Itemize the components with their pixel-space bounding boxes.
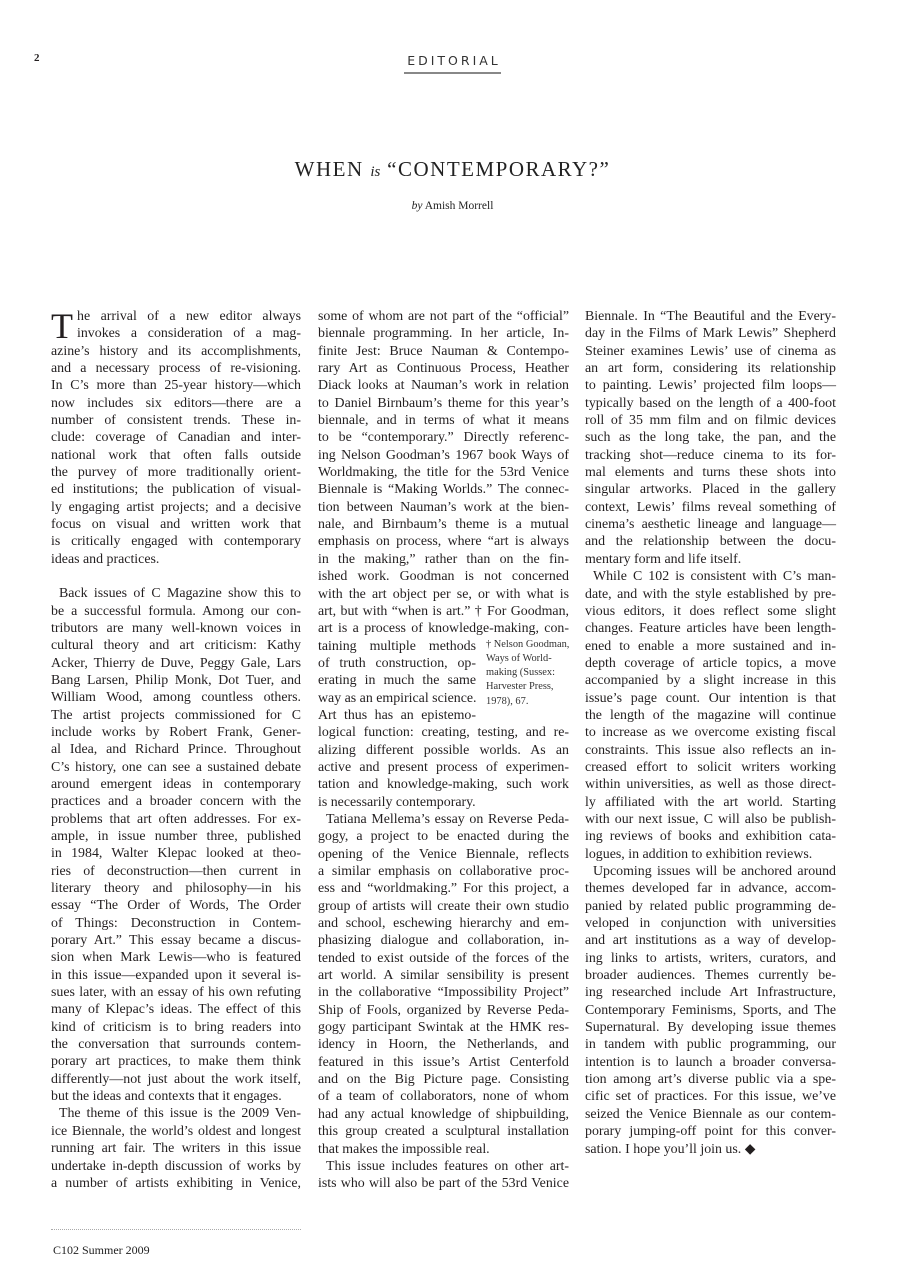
text-line: with the art object per se, or with what…	[318, 586, 569, 603]
text-line: alizing different possible worlds. As an	[318, 742, 569, 759]
text-line: to be “contemporary.” Directly referenc-	[318, 429, 569, 446]
text-line: he arrival of a new editor always	[73, 308, 301, 325]
text-line: gogy, a project to be enacted during the	[318, 828, 569, 845]
text-line: in 1984, Walter Klepac looked at theo-	[51, 845, 301, 862]
text-line: to painting. Lewis’ projected film loops…	[585, 377, 836, 394]
text-line: differently—not just about the work itse…	[51, 1071, 301, 1088]
text-line: in this issue—expanded upon it several i…	[51, 967, 301, 984]
text-line: ideas and practices.	[51, 551, 301, 568]
section-header: EDITORIAL	[0, 52, 905, 74]
text-line: undertake in-depth discussion of works b…	[51, 1158, 301, 1175]
text-line: of Things: Deconstruction in Contem-	[51, 915, 301, 932]
paragraph-1b: logical function: creating, testing, and…	[318, 724, 569, 811]
text-line: the purvey of more traditionally orient-	[51, 464, 301, 481]
text-line: gogy participant Swintak at the HMK res-	[318, 1019, 569, 1036]
text-line: tion between Nauman’s work at the bien-	[318, 499, 569, 516]
column-3: Biennale. In “The Beautiful and the Ever…	[585, 308, 836, 1158]
text-line: focus on visual and written work that	[51, 516, 301, 533]
text-line: sues later, with an essay of his own ref…	[51, 984, 301, 1001]
text-line: the length of the magazine will continue	[585, 707, 836, 724]
text-line: Bang Larsen, Philip Monk, Dot Tuer, and	[51, 672, 301, 689]
text-line: Steiner examines Lewis’ use of cinema as	[585, 343, 836, 360]
text-line: kind of criticism is to bring readers in…	[51, 1019, 301, 1036]
text-line: Supernatural. By developing issue themes	[585, 1019, 836, 1036]
text-line: context, Lewis’ films reveal something o…	[585, 499, 836, 516]
text-line: biennale, and in terms of what it means	[318, 412, 569, 429]
footnote: † Nelson Goodman,Ways of World-making (S…	[486, 638, 576, 709]
text-line: but the ideas and contexts that it engag…	[51, 1088, 301, 1105]
text-line: literary theory and philosophy—in his	[51, 880, 301, 897]
text-line: invokes a consideration of a mag-	[73, 325, 301, 342]
text-line: ing links to artists, writers, curators,…	[585, 950, 836, 967]
byline: by Amish Morrell	[0, 200, 905, 212]
text-line: some of whom are not part of the “offici…	[318, 308, 569, 325]
text-line: now includes six editors—there are a	[51, 395, 301, 412]
text-line: ess and “worldmaking.” For this project,…	[318, 880, 569, 897]
footer-issue: C102 Summer 2009	[53, 1243, 150, 1258]
text-line: singular artworks. Placed in the gallery	[585, 481, 836, 498]
drop-cap: T	[51, 311, 73, 341]
text-line: ries of deconstruction—then current in	[51, 863, 301, 880]
text-line: William Wood, among countless others.	[51, 689, 301, 706]
text-line: emphasis on process, where “art is alway…	[318, 533, 569, 550]
text-line: an art form, considering its relationshi…	[585, 360, 836, 377]
text-line: to Daniel Birnbaum’s theme for this year…	[318, 395, 569, 412]
text-line: clude: coverage of Canadian and inter-	[51, 429, 301, 446]
text-line: cultural theory and art criticism: Kathy	[51, 637, 301, 654]
footnote-block: taining multiple methodsof truth constru…	[318, 638, 569, 725]
text-line: tended to exist outside of the forces of…	[318, 950, 569, 967]
text-line: The theme of this issue is the 2009 Ven-	[51, 1105, 301, 1122]
text-line: porary art practices, to make them think	[51, 1053, 301, 1070]
text-line: Ship of Fools, organized by Reverse Peda…	[318, 1002, 569, 1019]
text-line: is critically engaged with contemporary	[51, 533, 301, 550]
text-line: art, but with “when is art.” † For Goodm…	[318, 603, 569, 620]
text-line: in the collaborative “Impossibility Proj…	[318, 984, 569, 1001]
text-line: ists who will also be part of the 53rd V…	[318, 1175, 569, 1192]
text-line: ing researched include Art Infrastructur…	[585, 984, 836, 1001]
text-line: problems that art often addresses. For e…	[51, 811, 301, 828]
text-line: of a team of collaborators, none of whom	[318, 1088, 569, 1105]
text-line: sion when Mark Lewis—who is featured	[51, 949, 301, 966]
text-line: that makes the impossible real.	[318, 1141, 569, 1158]
text-line: themes developed far in advance, accom-	[585, 880, 836, 897]
text-line: constraints. This issue also reflects an…	[585, 742, 836, 759]
paragraph-2: While C 102 is consistent with C’s man-d…	[585, 568, 836, 863]
text-line: 1978), 67.	[486, 695, 576, 709]
text-line: Art thus has an epistemo-	[318, 707, 476, 724]
text-line: In C’s more than 25-year history—which	[51, 377, 301, 394]
text-line: broader audiences. Themes currently be-	[585, 967, 836, 984]
text-line: such as the long take, the pan, and the	[585, 429, 836, 446]
text-line: ample, in issue number three, published	[51, 828, 301, 845]
text-line: al Idea, and Richard Prince. Throughout	[51, 741, 301, 758]
text-line: changes. Feature articles have been leng…	[585, 620, 836, 637]
text-line: nale, and Birnbaum’s theme is a mutual	[318, 516, 569, 533]
text-line: making (Sussex:	[486, 666, 576, 680]
text-line: featured in this issue’s Artist Centerfo…	[318, 1054, 569, 1071]
column-1: T he arrival of a new editor alwaysinvok…	[51, 308, 301, 1192]
paragraph-3: The theme of this issue is the 2009 Ven-…	[51, 1105, 301, 1192]
text-line: C’s history, one can see a sustained deb…	[51, 759, 301, 776]
text-line: Harvester Press,	[486, 680, 576, 694]
text-line: Worldmaking, the title for the 53rd Veni…	[318, 464, 569, 481]
text-line: way as an empirical science.	[318, 690, 476, 707]
text-line: and a necessary process of re-visioning.	[51, 360, 301, 377]
text-line: number of consistent trends. These in-	[51, 412, 301, 429]
text-line: group of artists will create their own s…	[318, 898, 569, 915]
text-line: accompanied by a slight increase in this	[585, 672, 836, 689]
text-line: taining multiple methods	[318, 638, 476, 655]
text-line: cific set of practices. For this issue, …	[585, 1088, 836, 1105]
text-line: had any actual knowledge of shipbuilding…	[318, 1106, 569, 1123]
paragraph-3: Upcoming issues will be anchored aroundt…	[585, 863, 836, 1158]
text-line: panied by related public programming de-	[585, 898, 836, 915]
text-line: idency in Hoorn, the Netherlands, and	[318, 1036, 569, 1053]
text-line: mal elements and turns these shots into	[585, 464, 836, 481]
text-line: of truth construction, op-	[318, 655, 476, 672]
text-line: biennale programming. In her article, In…	[318, 325, 569, 342]
text-line: finite Jest: Bruce Nauman & Contempo-	[318, 343, 569, 360]
text-line: cinema’s aesthetic lineage and language—	[585, 516, 836, 533]
text-line: essay “The Order of Words, The Order	[51, 897, 301, 914]
paragraph-2: Back issues of C Magazine show this tobe…	[51, 585, 301, 1105]
text-line: within universities, as well as those di…	[585, 776, 836, 793]
text-line: Contemporary Feminisms, Sports, and The	[585, 1002, 836, 1019]
text-line: around emergent ideas in contemporary	[51, 776, 301, 793]
text-line: the conversation that surrounds contem-	[51, 1036, 301, 1053]
article-title: WHEN is “CONTEMPORARY?”	[0, 157, 905, 182]
text-line: a number of artists exhibiting in Venice…	[51, 1175, 301, 1192]
text-line: in tandem with public programming, our	[585, 1036, 836, 1053]
text-line: with our next issue, C will also be publ…	[585, 811, 836, 828]
text-line: tation and knowledge-making, such work	[318, 776, 569, 793]
text-line: national work that often falls outside	[51, 447, 301, 464]
text-line: ice Biennale, the world’s oldest and lon…	[51, 1123, 301, 1140]
text-line: tracking shot—reduce cinema to its for-	[585, 447, 836, 464]
title-italic: is	[370, 164, 380, 180]
footer-divider	[51, 1229, 301, 1230]
text-line: practices and a broader concern with the	[51, 793, 301, 810]
byline-prefix: by	[412, 200, 423, 212]
text-line: opening of the Venice Biennale, reflects	[318, 846, 569, 863]
title-text-quoted: “CONTEMPORARY?”	[380, 157, 610, 181]
text-line: include works by Robert Frank, Gener-	[51, 724, 301, 741]
text-line: and on the Big Picture page. Consisting	[318, 1071, 569, 1088]
paragraph-1: T he arrival of a new editor alwaysinvok…	[51, 308, 301, 568]
text-line: phasizing dialogue and collaboration, in…	[318, 932, 569, 949]
text-line: The artist projects commissioned for C	[51, 707, 301, 724]
text-line: this group created a sculptural installa…	[318, 1123, 569, 1140]
text-line: sation. I hope you’ll join us. ◆	[585, 1141, 836, 1158]
text-line: running art fair. The writers in this is…	[51, 1140, 301, 1157]
text-line: ing reviews of books and exhibition cata…	[585, 828, 836, 845]
text-line: creased effort to solicit writers workin…	[585, 759, 836, 776]
paragraph-2: Tatiana Mellema’s essay on Reverse Peda-…	[318, 811, 569, 1158]
text-line: tion among art’s diverse public via a sp…	[585, 1071, 836, 1088]
text-line: and the relationship between the docu-	[585, 533, 836, 550]
text-line: ing Nelson Goodman’s 1967 book Ways of	[318, 447, 569, 464]
text-line: roll of 35 mm film and on filmic devices	[585, 412, 836, 429]
text-line: Upcoming issues will be anchored around	[585, 863, 836, 880]
text-line: typically based on the length of a 400-f…	[585, 395, 836, 412]
title-text: WHEN	[295, 157, 371, 181]
text-line: Ways of World-	[486, 652, 576, 666]
text-line: logical function: creating, testing, and…	[318, 724, 569, 741]
text-line: many of Klepac’s ideas. The effect of th…	[51, 1001, 301, 1018]
text-line: issue’s page count. Our intention is tha…	[585, 690, 836, 707]
text-line: date, and with the style established by …	[585, 586, 836, 603]
text-line: active and present process of experimen-	[318, 759, 569, 776]
text-line: ed institutions; the publication of visu…	[51, 481, 301, 498]
text-line: day in the Films of Mark Lewis” Shepherd	[585, 325, 836, 342]
text-line: to increase as we overcome existing fisc…	[585, 724, 836, 741]
text-line: Diack looks at Nauman’s work in relation	[318, 377, 569, 394]
text-line: vious editors, it does reflect some slig…	[585, 603, 836, 620]
text-line: veloped in conjunction with universities	[585, 915, 836, 932]
text-line: ly affiliated with the art world. Starti…	[585, 794, 836, 811]
text-line: art is a process of knowledge-making, co…	[318, 620, 569, 637]
text-line: mentary form and life itself.	[585, 551, 836, 568]
text-line: be a successful formula. Among our con-	[51, 603, 301, 620]
byline-author: Amish Morrell	[422, 200, 493, 212]
text-line: logues, in addition to exhibition review…	[585, 846, 836, 863]
text-line: porary Art.” This essay became a discus-	[51, 932, 301, 949]
text-line: rary Art as Continuous Process, Heather	[318, 360, 569, 377]
text-line: While C 102 is consistent with C’s man-	[585, 568, 836, 585]
text-line: is necessarily contemporary.	[318, 794, 569, 811]
text-line: This issue includes features on other ar…	[318, 1158, 569, 1175]
text-line: ly engaging artist projects; and a decis…	[51, 499, 301, 516]
text-line: intention is to launch a broader convers…	[585, 1054, 836, 1071]
text-line: ened to enable a more sustained and in-	[585, 638, 836, 655]
text-line: seized the Venice Biennale as our contem…	[585, 1106, 836, 1123]
text-line: Tatiana Mellema’s essay on Reverse Peda-	[318, 811, 569, 828]
text-line: in the making,” rather than on the fin-	[318, 551, 569, 568]
text-line: † Nelson Goodman,	[486, 638, 576, 652]
paragraph-3: This issue includes features on other ar…	[318, 1158, 569, 1193]
text-line: and school, eschewing hierarchy and em-	[318, 915, 569, 932]
paragraph-1-narrow: taining multiple methodsof truth constru…	[318, 638, 476, 725]
paragraph-1: Biennale. In “The Beautiful and the Ever…	[585, 308, 836, 568]
text-line: depth coverage of article topics, a move	[585, 655, 836, 672]
section-label: EDITORIAL	[404, 53, 501, 74]
text-line: and art institutions as a way of develop…	[585, 932, 836, 949]
text-line: erating in much the same	[318, 672, 476, 689]
text-line: porary jumping-off point for this conver…	[585, 1123, 836, 1140]
text-line: art world. A similar sensibility is pres…	[318, 967, 569, 984]
text-line: Acker, Thierry de Duve, Peggy Gale, Lars	[51, 655, 301, 672]
column-2: some of whom are not part of the “offici…	[318, 308, 569, 1193]
text-line: Biennale. In “The Beautiful and the Ever…	[585, 308, 836, 325]
text-line: Biennale is “Making Worlds.” The connec-	[318, 481, 569, 498]
text-line: ished work. Goodman is not concerned	[318, 568, 569, 585]
text-line: azine’s history and its accomplishments,	[51, 343, 301, 360]
text-line: Back issues of C Magazine show this to	[51, 585, 301, 602]
paragraph-1a: some of whom are not part of the “offici…	[318, 308, 569, 638]
text-line: tributors are many well-known voices in	[51, 620, 301, 637]
text-line: a similar emphasis on collaborative proc…	[318, 863, 569, 880]
